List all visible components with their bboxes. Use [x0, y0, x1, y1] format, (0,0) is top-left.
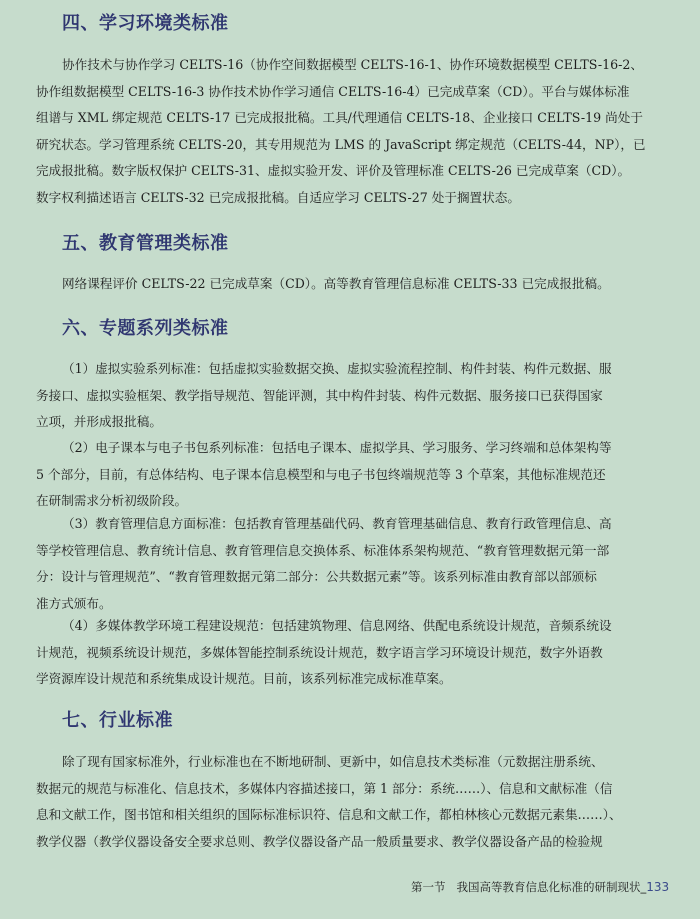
paragraph-virtual-experiment: （1）虚拟实验系列标准：包括虚拟实验数据交换、虚拟实验流程控制、构件封装、构件元… [36, 356, 646, 436]
footer-chapter-title: 我国高等教育信息化标准的研制现状 [456, 880, 640, 894]
text-line: 除了现有国家标准外，行业标准也在不断地研制、更新中，如信息技术类标准（元数据注册… [36, 749, 646, 776]
section-heading-education-management: 五、教育管理类标准 [62, 229, 229, 255]
text-line: 学资源库设计规范和系统集成设计规范。目前，该系列标准完成标准草案。 [36, 666, 646, 693]
text-line: 协作组数据模型 CELTS-16-3 协作技术协作学习通信 CELTS-16-4… [36, 79, 646, 106]
section-heading-industry-standards: 七、行业标准 [62, 706, 173, 732]
text-line: 协作技术与协作学习 CELTS-16（协作空间数据模型 CELTS-16-1、协… [36, 52, 646, 79]
text-line: 组谱与 XML 绑定规范 CELTS-17 已完成报批稿。工具/代理通信 CEL… [36, 105, 646, 132]
text-line: 分：设计与管理规范”、“教育管理数据元第二部分：公共数据元素”等。该系列标准由教… [36, 564, 646, 591]
paragraph-e-textbook: （2）电子课本与电子书包系列标准：包括电子课本、虚拟学具、学习服务、学习终端和总… [36, 435, 646, 515]
paragraph-education-management: 网络课程评价 CELTS-22 已完成草案（CD）。高等教育管理信息标准 CEL… [36, 271, 646, 298]
section-heading-learning-environment: 四、学习环境类标准 [62, 9, 229, 35]
text-line: （4）多媒体教学环境工程建设规范：包括建筑物理、信息网络、供配电系统设计规范，音… [36, 613, 646, 640]
text-line: （2）电子课本与电子书包系列标准：包括电子课本、虚拟学具、学习服务、学习终端和总… [36, 435, 646, 462]
document-page: 四、学习环境类标准 协作技术与协作学习 CELTS-16（协作空间数据模型 CE… [0, 0, 700, 919]
text-line: 息和文献工作，图书馆和相关组织的国际标准标识符、信息和文献工作，都柏林核心元数据… [36, 802, 646, 829]
text-line: 数字权利描述语言 CELTS-32 已完成报批稿。自适应学习 CELTS-27 … [36, 185, 646, 212]
footer-section-label: 第一节 [411, 880, 446, 894]
page-number: 133 [646, 880, 669, 894]
paragraph-multimedia-environment: （4）多媒体教学环境工程建设规范：包括建筑物理、信息网络、供配电系统设计规范，音… [36, 613, 646, 693]
text-line: 网络课程评价 CELTS-22 已完成草案（CD）。高等教育管理信息标准 CEL… [36, 271, 646, 298]
text-line: 等学校管理信息、教育统计信息、教育管理信息交换体系、标准体系架构规范、“教育管理… [36, 538, 646, 565]
paragraph-learning-environment: 协作技术与协作学习 CELTS-16（协作空间数据模型 CELTS-16-1、协… [36, 52, 646, 211]
paragraph-education-management-info: （3）教育管理信息方面标准：包括教育管理基础代码、教育管理基础信息、教育行政管理… [36, 511, 646, 617]
text-line: 务接口、虚拟实验框架、教学指导规范、智能评测，其中构件封装、构件元数据、服务接口… [36, 383, 646, 410]
text-line: 数据元的规范与标准化、信息技术，多媒体内容描述接口，第 1 部分：系统……）、信… [36, 776, 646, 803]
text-line: （1）虚拟实验系列标准：包括虚拟实验数据交换、虚拟实验流程控制、构件封装、构件元… [36, 356, 646, 383]
text-line: 5 个部分，目前，有总体结构、电子课本信息模型和与电子书包终端规范等 3 个草案… [36, 462, 646, 489]
text-line: 计规范，视频系统设计规范，多媒体智能控制系统设计规范，数字语言学习环境设计规范，… [36, 640, 646, 667]
text-line: 研究状态。学习管理系统 CELTS-20，其专用规范为 LMS 的 JavaSc… [36, 132, 646, 159]
text-line: （3）教育管理信息方面标准：包括教育管理基础代码、教育管理基础信息、教育行政管理… [36, 511, 646, 538]
page-footer: 第一节 我国高等教育信息化标准的研制现状_133 [411, 879, 669, 895]
text-line: 完成报批稿。数字版权保护 CELTS-31、虚拟实验开发、评价及管理标准 CEL… [36, 158, 646, 185]
section-heading-thematic-series: 六、专题系列类标准 [62, 314, 229, 340]
text-line: 教学仪器（教学仪器设备安全要求总则、教学仪器设备产品一般质量要求、教学仪器设备产… [36, 829, 646, 856]
text-line: 立项，并形成报批稿。 [36, 409, 646, 436]
paragraph-industry-standards: 除了现有国家标准外，行业标准也在不断地研制、更新中，如信息技术类标准（元数据注册… [36, 749, 646, 855]
